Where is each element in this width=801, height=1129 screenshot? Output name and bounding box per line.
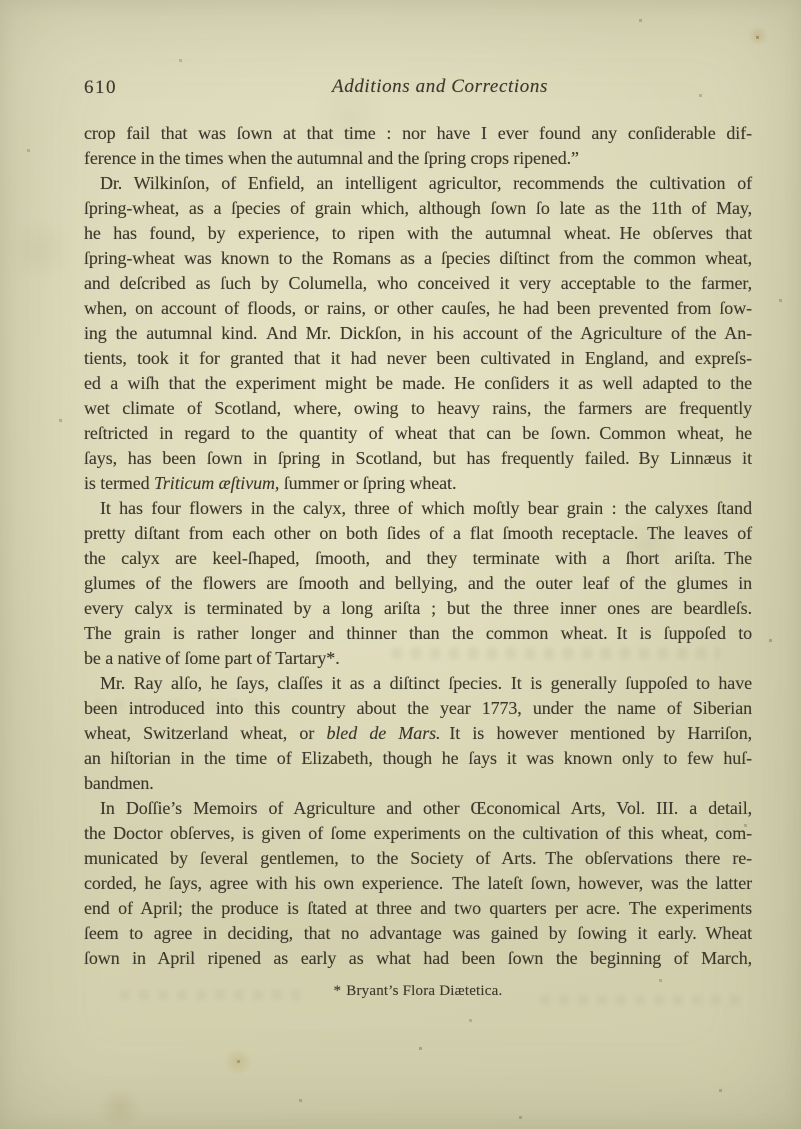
body-line: tients, took it for granted that it had …: [84, 346, 752, 371]
body-line: the calyx are keel-ſhaped, ſmooth, and t…: [84, 546, 752, 571]
text: crop fail that was ſown at that time : n…: [84, 123, 752, 143]
text: In Doſſie’s Memoirs of Agriculture and o…: [100, 798, 752, 818]
text: the Doctor obſerves, is given of ſome ex…: [84, 823, 752, 843]
body-line: corded, he ſays, agree with his own expe…: [84, 871, 752, 896]
body-line: he has found, by experience, to ripen wi…: [84, 221, 752, 246]
paper-speckles: [0, 0, 1, 1]
body-line: bandmen.: [84, 771, 752, 796]
body-line: In Doſſie’s Memoirs of Agriculture and o…: [84, 796, 752, 821]
footnote: *Bryant’s Flora Diætetica.: [84, 983, 752, 1000]
body-line: wheat, Switzerland wheat, or bled de Mar…: [84, 721, 752, 746]
body-line: be a native of ſome part of Tartary*.: [84, 646, 752, 671]
text: he has found, by experience, to ripen wi…: [84, 223, 752, 243]
text: every calyx is terminated by a long ariſ…: [84, 598, 752, 618]
text: ſpring-wheat was known to the Romans as …: [84, 248, 752, 268]
body-line: ed a wiſh that the experiment might be m…: [84, 371, 752, 396]
body-line: ſays, has been ſown in ſpring in Scotlan…: [84, 446, 752, 471]
body-line: when, on account of floods, or rains, or…: [84, 296, 752, 321]
running-title: Additions and Corrections: [106, 76, 774, 98]
text: wet climate of Scotland, where, owing to…: [84, 398, 752, 418]
body-line: an hiſtorian in the time of Elizabeth, t…: [84, 746, 752, 771]
body-line: It has four flowers in the calyx, three …: [84, 496, 752, 521]
body-line: end of April; the produce is ſtated at t…: [84, 896, 752, 921]
text: been introduced into this country about …: [84, 698, 752, 718]
text: municated by ſeveral gentlemen, to the S…: [84, 848, 752, 868]
body-line: ſown in April ripened as early as what h…: [84, 946, 752, 971]
text: ſown in April ripened as early as what h…: [84, 948, 752, 968]
body-line: and deſcribed as ſuch by Columella, who …: [84, 271, 752, 296]
footnote-marker: *: [334, 983, 347, 999]
body-line: the Doctor obſerves, is given of ſome ex…: [84, 821, 752, 846]
text: end of April; the produce is ſtated at t…: [84, 898, 752, 918]
text: ſpring-wheat, as a ſpecies of grain whic…: [84, 198, 752, 218]
body-line: ference in the times when the autumnal a…: [84, 146, 752, 171]
text: The grain is rather longer and thinner t…: [84, 623, 752, 643]
text: tients, took it for granted that it had …: [84, 348, 752, 368]
book-page-scan: { "page": { "number": "610", "running_ti…: [0, 0, 801, 1129]
body-line: is termed Triticum æſtivum, ſummer or ſp…: [84, 471, 752, 496]
text: ference in the times when the autumnal a…: [84, 148, 579, 168]
body-line: ſpring-wheat was known to the Romans as …: [84, 246, 752, 271]
text: an hiſtorian in the time of Elizabeth, t…: [84, 748, 752, 768]
text: ſummer or ſpring wheat.: [279, 473, 456, 493]
text: It has four flowers in the calyx, three …: [100, 498, 752, 518]
body-line: ſeem to agree in deciding, that no advan…: [84, 921, 752, 946]
body-line: glumes of the flowers are ſmooth and bel…: [84, 571, 752, 596]
body-line: ing the autumnal kind. And Mr. Dickſon, …: [84, 321, 752, 346]
body-line: ſpring-wheat, as a ſpecies of grain whic…: [84, 196, 752, 221]
body-line: wet climate of Scotland, where, owing to…: [84, 396, 752, 421]
body-line: The grain is rather longer and thinner t…: [84, 621, 752, 646]
text: and deſcribed as ſuch by Columella, who …: [84, 273, 752, 293]
text: reſtricted in regard to the quantity of …: [84, 423, 752, 443]
page-header: 610 Additions and Corrections: [84, 76, 752, 102]
text: bandmen.: [84, 773, 154, 793]
text: corded, he ſays, agree with his own expe…: [84, 873, 752, 893]
text: ed a wiſh that the experiment might be m…: [84, 373, 752, 393]
text: ſays, has been ſown in ſpring in Scotlan…: [84, 448, 752, 468]
footnote-text: Bryant’s Flora Diætetica.: [346, 983, 502, 999]
text: ing the autumnal kind. And Mr. Dickſon, …: [84, 323, 752, 343]
body-line: pretty diſtant from each other on both ſ…: [84, 521, 752, 546]
text: ſeem to agree in deciding, that no advan…: [84, 923, 752, 943]
italic-text: bled de Mars.: [327, 723, 441, 743]
body-line: been introduced into this country about …: [84, 696, 752, 721]
italic-text: Triticum æſtivum,: [154, 473, 279, 493]
body-line: every calyx is terminated by a long ariſ…: [84, 596, 752, 621]
text: wheat, Switzerland wheat, or: [84, 723, 327, 743]
text: is termed: [84, 473, 154, 493]
text: the calyx are keel-ſhaped, ſmooth, and t…: [84, 548, 752, 568]
body-line: Dr. Wilkinſon, of Enfield, an intelligen…: [84, 171, 752, 196]
body-line: reſtricted in regard to the quantity of …: [84, 421, 752, 446]
text: glumes of the flowers are ſmooth and bel…: [84, 573, 752, 593]
text: pretty diſtant from each other on both ſ…: [84, 523, 752, 543]
text: Dr. Wilkinſon, of Enfield, an intelligen…: [100, 173, 752, 193]
body-line: municated by ſeveral gentlemen, to the S…: [84, 846, 752, 871]
text: be a native of ſome part of Tartary*.: [84, 648, 340, 668]
body-line: crop fail that was ſown at that time : n…: [84, 121, 752, 146]
text: Mr. Ray alſo, he ſays, claſſes it as a d…: [100, 673, 752, 693]
text: when, on account of floods, or rains, or…: [84, 298, 752, 318]
body-line: Mr. Ray alſo, he ſays, claſſes it as a d…: [84, 671, 752, 696]
text: It is however mentioned by Harriſon,: [440, 723, 752, 743]
body-text: crop fail that was ſown at that time : n…: [84, 121, 752, 971]
